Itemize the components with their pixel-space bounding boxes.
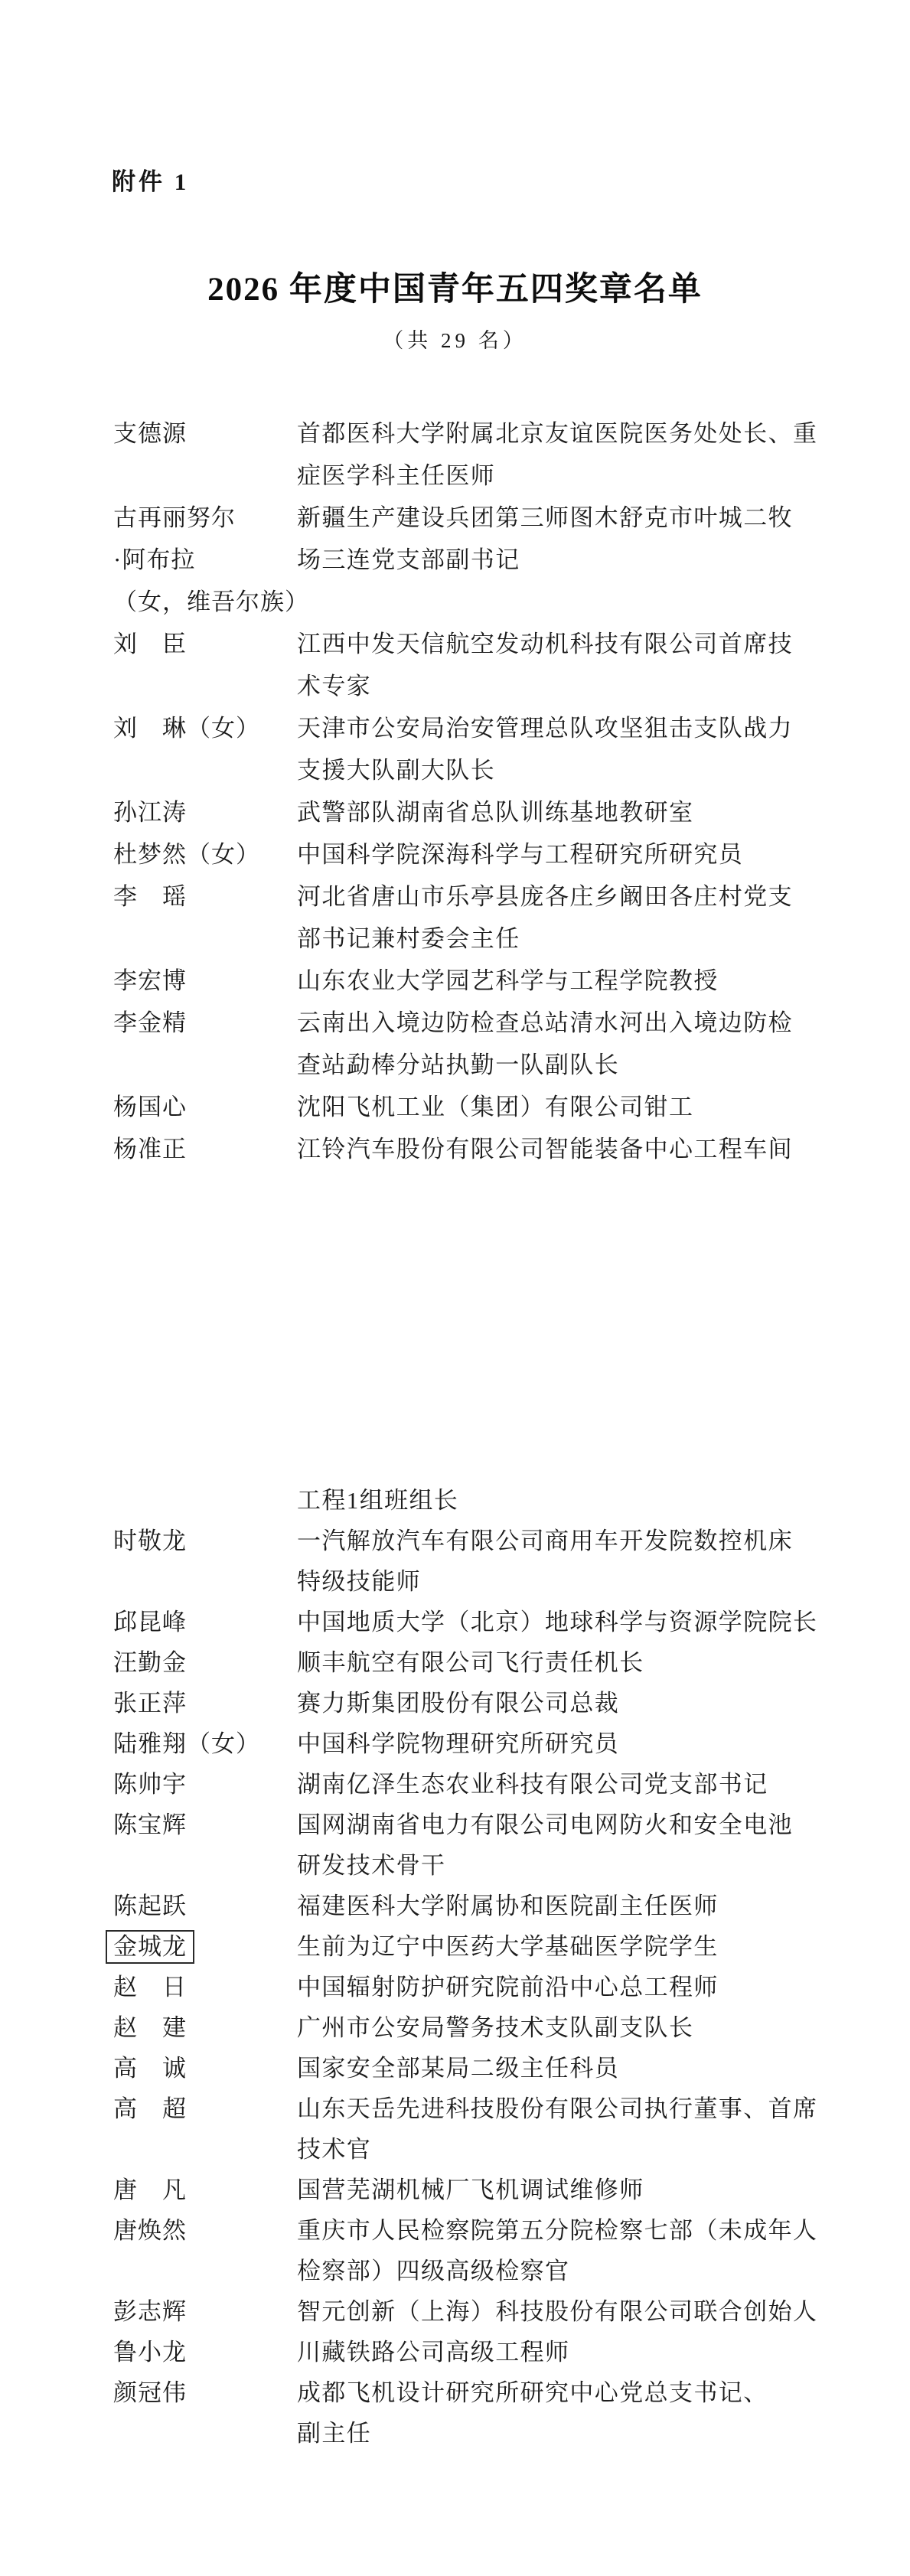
entry-description-column: 重庆市人民检察院第五分院检察七部（未成年人检察部）四级高级检察官 xyxy=(297,2210,863,2291)
entry-name-column: 陈起跃 xyxy=(113,1886,297,1926)
entry-description-line: 支援大队副大队长 xyxy=(297,749,863,791)
entry-name-column: 彭志辉 xyxy=(113,2291,297,2332)
entry-description-line: 江西中发天信航空发动机科技有限公司首席技 xyxy=(297,623,863,665)
entry-name-line: 杜梦然（女） xyxy=(113,833,297,876)
entry-description-column: 天津市公安局治安管理总队攻坚狙击支队战力支援大队副大队长 xyxy=(297,707,863,791)
recipient-list-page1: 支德源首都医科大学附属北京友谊医院医务处处长、重症医学科主任医师古再丽努尔·阿布… xyxy=(113,412,863,1170)
entry-name-line: 李 瑶 xyxy=(113,876,297,918)
entry-name-column: 金城龙 xyxy=(113,1926,297,1967)
entry-name-column: 杨国心 xyxy=(113,1086,297,1128)
entry-description-column: 生前为辽宁中医药大学基础医学院学生 xyxy=(297,1926,863,1967)
entry-description-line: 特级技能师 xyxy=(297,1561,863,1602)
entry-name-column: 汪勤金 xyxy=(113,1642,297,1683)
entry-description-line: 中国地质大学（北京）地球科学与资源学院院长 xyxy=(297,1602,863,1642)
entry-name-line: 赵 日 xyxy=(113,1967,297,2007)
entry-description-column: 新疆生产建设兵团第三师图木舒克市叶城二牧场三连党支部副书记 xyxy=(297,497,863,581)
entry-description-line: 国家安全部某局二级主任科员 xyxy=(297,2048,863,2089)
entry-name-column: 张正萍 xyxy=(113,1683,297,1723)
recipient-entry: 陈起跃福建医科大学附属协和医院副主任医师 xyxy=(113,1886,863,1926)
entry-name-line: ·阿布拉 xyxy=(113,539,297,581)
entry-description-column: 国网湖南省电力有限公司电网防火和安全电池研发技术骨干 xyxy=(297,1805,863,1886)
entry-description-column: 山东农业大学园艺科学与工程学院教授 xyxy=(297,960,863,1002)
entry-name-line: 鲁小龙 xyxy=(113,2332,297,2372)
entry-description-column: 工程1组班组长 xyxy=(297,1480,863,1521)
recipient-count-subtitle: （共 29 名） xyxy=(0,324,910,354)
entry-name-line: 陈宝辉 xyxy=(113,1805,297,1845)
entry-name-column: 刘 臣 xyxy=(113,623,297,665)
recipient-entry: 高 诚国家安全部某局二级主任科员 xyxy=(113,2048,863,2089)
recipient-entry: 张正萍赛力斯集团股份有限公司总裁 xyxy=(113,1683,863,1723)
entry-description-line: 国网湖南省电力有限公司电网防火和安全电池 xyxy=(297,1805,863,1845)
description-continuation-row: 工程1组班组长 xyxy=(113,1480,863,1521)
entry-description-column: 成都飞机设计研究所研究中心党总支书记、副主任 xyxy=(297,2372,863,2454)
entry-name-line: 李金精 xyxy=(113,1002,297,1044)
entry-name-line: 陆雅翔（女） xyxy=(113,1723,297,1764)
recipient-entry: 赵 建广州市公安局警务技术支队副支队长 xyxy=(113,2007,863,2048)
entry-description-line: 工程1组班组长 xyxy=(297,1480,863,1521)
recipient-entry: 陈帅宇湖南亿泽生态农业科技有限公司党支部书记 xyxy=(113,1764,863,1805)
entry-name-line: 孙江涛 xyxy=(113,791,297,833)
entry-description-line: 河北省唐山市乐亭县庞各庄乡阚田各庄村党支 xyxy=(297,876,863,918)
entry-name-column: 李 瑶 xyxy=(113,876,297,918)
entry-description-line: 广州市公安局警务技术支队副支队长 xyxy=(297,2007,863,2048)
entry-name-column: 陈宝辉 xyxy=(113,1805,297,1845)
recipient-entry: 高 超山东天岳先进科技股份有限公司执行董事、首席技术官 xyxy=(113,2089,863,2170)
entry-description-line: 国营芜湖机械厂飞机调试维修师 xyxy=(297,2170,863,2210)
entry-description-line: 湖南亿泽生态农业科技有限公司党支部书记 xyxy=(297,1764,863,1805)
entry-description-column: 中国科学院物理研究所研究员 xyxy=(297,1723,863,1764)
document-page: { "document": { "attachment_label": "附件 … xyxy=(0,0,910,2576)
recipient-entry: 唐 凡国营芜湖机械厂飞机调试维修师 xyxy=(113,2170,863,2210)
recipient-entry: 时敬龙一汽解放汽车有限公司商用车开发院数控机床特级技能师 xyxy=(113,1521,863,1602)
entry-name-column: 高 诚 xyxy=(113,2048,297,2089)
entry-name-line: （女，维吾尔族） xyxy=(113,581,297,623)
entry-description-line: 武警部队湖南省总队训练基地教研室 xyxy=(297,791,863,833)
recipient-entry: 金城龙生前为辽宁中医药大学基础医学院学生 xyxy=(113,1926,863,1967)
entry-name-line: 杨国心 xyxy=(113,1086,297,1128)
entry-description-column: 江西中发天信航空发动机科技有限公司首席技术专家 xyxy=(297,623,863,707)
recipient-entry: 汪勤金顺丰航空有限公司飞行责任机长 xyxy=(113,1642,863,1683)
entry-description-line: 福建医科大学附属协和医院副主任医师 xyxy=(297,1886,863,1926)
entry-description-column: 湖南亿泽生态农业科技有限公司党支部书记 xyxy=(297,1764,863,1805)
entry-name-column: 刘 琳（女） xyxy=(113,707,297,749)
entry-description-line: 川藏铁路公司高级工程师 xyxy=(297,2332,863,2372)
entry-description-column: 国营芜湖机械厂飞机调试维修师 xyxy=(297,2170,863,2210)
entry-description-line: 云南出入境边防检查总站清水河出入境边防检 xyxy=(297,1002,863,1044)
entry-description-line: 症医学科主任医师 xyxy=(297,455,863,497)
entry-name-column: 陈帅宇 xyxy=(113,1764,297,1805)
page-title: 2026 年度中国青年五四奖章名单 xyxy=(0,263,910,310)
entry-description-column: 中国辐射防护研究院前沿中心总工程师 xyxy=(297,1967,863,2007)
entry-description-line: 生前为辽宁中医药大学基础医学院学生 xyxy=(297,1926,863,1967)
entry-name-line: 张正萍 xyxy=(113,1683,297,1723)
entry-description-line: 副主任 xyxy=(297,2413,863,2454)
entry-description-line: 中国辐射防护研究院前沿中心总工程师 xyxy=(297,1967,863,2007)
entry-description-column: 广州市公安局警务技术支队副支队长 xyxy=(297,2007,863,2048)
entry-description-line: 术专家 xyxy=(297,665,863,707)
recipient-entry: 支德源首都医科大学附属北京友谊医院医务处处长、重症医学科主任医师 xyxy=(113,412,863,497)
entry-name-line: 唐 凡 xyxy=(113,2170,297,2210)
entry-description-line: 部书记兼村委会主任 xyxy=(297,918,863,960)
recipient-entry: 杜梦然（女）中国科学院深海科学与工程研究所研究员 xyxy=(113,833,863,876)
entry-description-line: 赛力斯集团股份有限公司总裁 xyxy=(297,1683,863,1723)
entry-description-column: 福建医科大学附属协和医院副主任医师 xyxy=(297,1886,863,1926)
recipient-entry: 邱昆峰中国地质大学（北京）地球科学与资源学院院长 xyxy=(113,1602,863,1642)
recipient-entry: 颜冠伟成都飞机设计研究所研究中心党总支书记、副主任 xyxy=(113,2372,863,2454)
entry-name-column: 陆雅翔（女） xyxy=(113,1723,297,1764)
entry-description-column: 河北省唐山市乐亭县庞各庄乡阚田各庄村党支部书记兼村委会主任 xyxy=(297,876,863,960)
deceased-name-box: 金城龙 xyxy=(106,1930,194,1964)
entry-name-line: 高 诚 xyxy=(113,2048,297,2089)
entry-description-column: 一汽解放汽车有限公司商用车开发院数控机床特级技能师 xyxy=(297,1521,863,1602)
entry-description-line: 场三连党支部副书记 xyxy=(297,539,863,581)
entry-name-line: 古再丽努尔 xyxy=(113,497,297,539)
entry-name-column: 唐 凡 xyxy=(113,2170,297,2210)
entry-name-line: 颜冠伟 xyxy=(113,2372,297,2413)
entry-name-column: 杨准正 xyxy=(113,1128,297,1170)
entry-name-column: 杜梦然（女） xyxy=(113,833,297,876)
entry-description-line: 成都飞机设计研究所研究中心党总支书记、 xyxy=(297,2372,863,2413)
entry-name-line: 陈起跃 xyxy=(113,1886,297,1926)
entry-name-line: 邱昆峰 xyxy=(113,1602,297,1642)
recipient-entry: 杨准正江铃汽车股份有限公司智能装备中心工程车间 xyxy=(113,1128,863,1170)
entry-name-column: 赵 建 xyxy=(113,2007,297,2048)
recipient-entry: 李金精云南出入境边防检查总站清水河出入境边防检查站勐棒分站执勤一队副队长 xyxy=(113,1002,863,1086)
entry-description-column: 沈阳飞机工业（集团）有限公司钳工 xyxy=(297,1086,863,1128)
entry-description-column: 顺丰航空有限公司飞行责任机长 xyxy=(297,1642,863,1683)
entry-description-column: 武警部队湖南省总队训练基地教研室 xyxy=(297,791,863,833)
entry-name-line: 高 超 xyxy=(113,2089,297,2129)
entry-name-line: 赵 建 xyxy=(113,2007,297,2048)
recipient-entry: 陈宝辉国网湖南省电力有限公司电网防火和安全电池研发技术骨干 xyxy=(113,1805,863,1886)
recipient-entry: 鲁小龙川藏铁路公司高级工程师 xyxy=(113,2332,863,2372)
entry-name-line: 唐焕然 xyxy=(113,2210,297,2251)
entry-description-line: 中国科学院深海科学与工程研究所研究员 xyxy=(297,833,863,876)
attachment-label: 附件 1 xyxy=(112,162,189,197)
entry-name-line: 时敬龙 xyxy=(113,1521,297,1561)
entry-name-line: 刘 琳（女） xyxy=(113,707,297,749)
entry-description-line: 首都医科大学附属北京友谊医院医务处处长、重 xyxy=(297,412,863,455)
entry-description-line: 沈阳飞机工业（集团）有限公司钳工 xyxy=(297,1086,863,1128)
entry-name-column: 李宏博 xyxy=(113,960,297,1002)
entry-name-line: 支德源 xyxy=(113,412,297,455)
recipient-entry: 李 瑶河北省唐山市乐亭县庞各庄乡阚田各庄村党支部书记兼村委会主任 xyxy=(113,876,863,960)
recipient-entry: 刘 琳（女）天津市公安局治安管理总队攻坚狙击支队战力支援大队副大队长 xyxy=(113,707,863,791)
recipient-list-page2: 工程1组班组长时敬龙一汽解放汽车有限公司商用车开发院数控机床特级技能师邱昆峰中国… xyxy=(113,1480,863,2454)
entry-description-line: 山东农业大学园艺科学与工程学院教授 xyxy=(297,960,863,1002)
entry-description-line: 江铃汽车股份有限公司智能装备中心工程车间 xyxy=(297,1128,863,1170)
recipient-entry: 古再丽努尔·阿布拉（女，维吾尔族）新疆生产建设兵团第三师图木舒克市叶城二牧场三连… xyxy=(113,497,863,623)
entry-description-line: 检察部）四级高级检察官 xyxy=(297,2251,863,2291)
entry-name-line: 陈帅宇 xyxy=(113,1764,297,1805)
recipient-entry: 陆雅翔（女）中国科学院物理研究所研究员 xyxy=(113,1723,863,1764)
entry-name-line: 彭志辉 xyxy=(113,2291,297,2332)
entry-description-line: 技术官 xyxy=(297,2129,863,2170)
entry-description-column: 川藏铁路公司高级工程师 xyxy=(297,2332,863,2372)
entry-description-line: 智元创新（上海）科技股份有限公司联合创始人 xyxy=(297,2291,863,2332)
entry-name-column: 古再丽努尔·阿布拉（女，维吾尔族） xyxy=(113,497,297,623)
entry-description-column: 中国地质大学（北京）地球科学与资源学院院长 xyxy=(297,1602,863,1642)
entry-description-line: 一汽解放汽车有限公司商用车开发院数控机床 xyxy=(297,1521,863,1561)
recipient-entry: 赵 日中国辐射防护研究院前沿中心总工程师 xyxy=(113,1967,863,2007)
entry-name-column: 鲁小龙 xyxy=(113,2332,297,2372)
entry-description-line: 天津市公安局治安管理总队攻坚狙击支队战力 xyxy=(297,707,863,749)
entry-description-column: 首都医科大学附属北京友谊医院医务处处长、重症医学科主任医师 xyxy=(297,412,863,497)
entry-description-line: 研发技术骨干 xyxy=(297,1845,863,1886)
entry-description-line: 新疆生产建设兵团第三师图木舒克市叶城二牧 xyxy=(297,497,863,539)
entry-description-line: 中国科学院物理研究所研究员 xyxy=(297,1723,863,1764)
entry-name-column: 高 超 xyxy=(113,2089,297,2129)
entry-description-line: 查站勐棒分站执勤一队副队长 xyxy=(297,1044,863,1086)
entry-description-column: 山东天岳先进科技股份有限公司执行董事、首席技术官 xyxy=(297,2089,863,2170)
entry-description-column: 智元创新（上海）科技股份有限公司联合创始人 xyxy=(297,2291,863,2332)
recipient-entry: 唐焕然重庆市人民检察院第五分院检察七部（未成年人检察部）四级高级检察官 xyxy=(113,2210,863,2291)
entry-description-line: 重庆市人民检察院第五分院检察七部（未成年人 xyxy=(297,2210,863,2251)
entry-description-column: 江铃汽车股份有限公司智能装备中心工程车间 xyxy=(297,1128,863,1170)
entry-name-line: 杨准正 xyxy=(113,1128,297,1170)
entry-name-column: 唐焕然 xyxy=(113,2210,297,2251)
entry-name-column: 赵 日 xyxy=(113,1967,297,2007)
recipient-entry: 李宏博山东农业大学园艺科学与工程学院教授 xyxy=(113,960,863,1002)
entry-name-column: 时敬龙 xyxy=(113,1521,297,1561)
entry-description-column: 中国科学院深海科学与工程研究所研究员 xyxy=(297,833,863,876)
entry-name-line: 李宏博 xyxy=(113,960,297,1002)
entry-description-column: 云南出入境边防检查总站清水河出入境边防检查站勐棒分站执勤一队副队长 xyxy=(297,1002,863,1086)
entry-name-column: 孙江涛 xyxy=(113,791,297,833)
entry-description-column: 赛力斯集团股份有限公司总裁 xyxy=(297,1683,863,1723)
recipient-entry: 刘 臣江西中发天信航空发动机科技有限公司首席技术专家 xyxy=(113,623,863,707)
entry-name-line: 汪勤金 xyxy=(113,1642,297,1683)
entry-name-column: 颜冠伟 xyxy=(113,2372,297,2413)
recipient-entry: 孙江涛武警部队湖南省总队训练基地教研室 xyxy=(113,791,863,833)
recipient-entry: 彭志辉智元创新（上海）科技股份有限公司联合创始人 xyxy=(113,2291,863,2332)
entry-description-column: 国家安全部某局二级主任科员 xyxy=(297,2048,863,2089)
recipient-entry: 杨国心沈阳飞机工业（集团）有限公司钳工 xyxy=(113,1086,863,1128)
entry-name-column: 支德源 xyxy=(113,412,297,455)
entry-name-line: 刘 臣 xyxy=(113,623,297,665)
entry-name-column: 李金精 xyxy=(113,1002,297,1044)
entry-description-line: 山东天岳先进科技股份有限公司执行董事、首席 xyxy=(297,2089,863,2129)
entry-name-line: 金城龙 xyxy=(113,1926,297,1967)
entry-description-line: 顺丰航空有限公司飞行责任机长 xyxy=(297,1642,863,1683)
entry-name-column: 邱昆峰 xyxy=(113,1602,297,1642)
